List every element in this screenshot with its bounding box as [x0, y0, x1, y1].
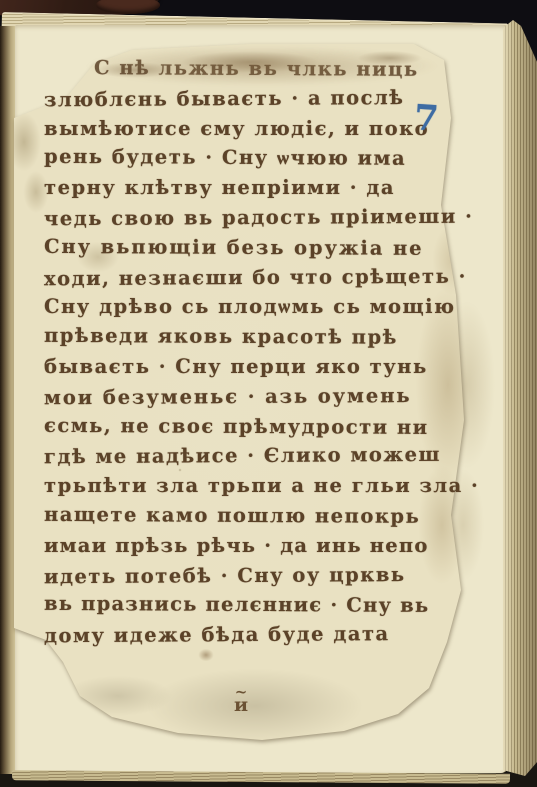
- text-line: єсмь, не своє прѣмудрости ни: [44, 410, 464, 442]
- text-line: имаи прѣзь рѣчь · да инь непо: [44, 531, 464, 561]
- text-line: Сну вьпющіи безь оружіа не: [44, 232, 464, 264]
- folio-number: 7: [413, 97, 440, 140]
- text-line: Сну дрѣво сь плодѡмь сь мощію: [44, 292, 464, 322]
- text-line: С нѣ льжнь вь члкь ниць: [44, 53, 464, 85]
- text-line: чедь свою вь радость пріимеши ·: [44, 202, 464, 234]
- text-line: вь празнись пелєнниє · Сну вь: [44, 589, 464, 621]
- manuscript-photo: С нѣ льжнь вь члкь ниць злюблєнь бываєть…: [0, 0, 537, 787]
- text-line: прѣведи яковь красотѣ прѣ: [44, 321, 464, 353]
- text-line: трьпѣти зла трьпи а не гльи зла ·: [44, 471, 464, 501]
- quire-signature-letter: и: [228, 696, 254, 714]
- text-line: гдѣ ме надѣисе · Єлико можеш: [44, 440, 464, 472]
- text-line: идеть потебѣ · Сну оу црквь: [44, 559, 464, 591]
- handwritten-text-block: С нѣ льжнь вь члкь ниць злюблєнь бываєть…: [44, 54, 464, 650]
- text-line: дому идеже бѣда буде дата: [44, 619, 464, 651]
- text-line: рень будеть · Сну ѡчюю има: [44, 142, 464, 174]
- text-line: ходи, незнаєши бо что срѣщеть ·: [44, 261, 464, 293]
- text-line: терну клѣтву непріими · да: [44, 173, 464, 203]
- text-line: мои безуменьє · азь оумень: [44, 380, 464, 412]
- text-line: вымѣютисе єму людіє, и поко: [44, 114, 464, 144]
- text-line: злюблєнь бываєть · а послѣ: [44, 83, 464, 115]
- text-line: нащете камо пошлю непокрь: [44, 500, 464, 532]
- quire-signature: ~ и: [228, 688, 254, 714]
- text-line: бываєть · Сну перци яко тунь: [44, 352, 464, 382]
